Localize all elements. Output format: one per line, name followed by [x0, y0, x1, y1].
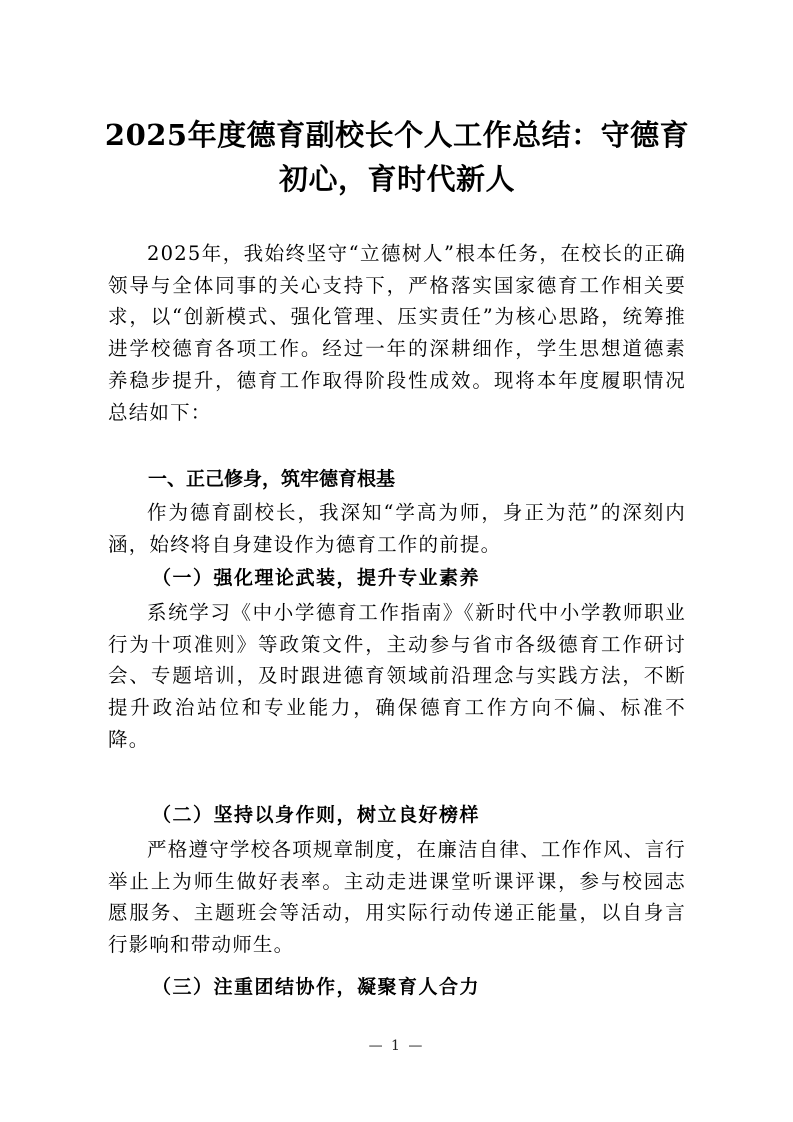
section-heading-1: 一、正己修身，筑牢德育根基: [148, 464, 395, 494]
subsection-heading-1: （一）强化理论武装，提升专业素养: [152, 563, 480, 593]
subsection-2-body: 严格遵守学校各项规章制度，在廉洁自律、工作作风、言行举止上为师生做好表率。主动走…: [108, 834, 686, 961]
subsection-1-body: 系统学习《中小学德育工作指南》《新时代中小学教师职业行为十项准则》等政策文件，主…: [108, 597, 686, 756]
subsection-heading-3: （三）注重团结协作，凝聚育人合力: [152, 972, 480, 1002]
page-number: — 1 —: [0, 1038, 793, 1054]
document-title: 2025年度德育副校长个人工作总结：守德育初心，育时代新人: [100, 113, 694, 201]
document-page: 2025年度德育副校长个人工作总结：守德育初心，育时代新人 2025年，我始终坚…: [0, 0, 793, 1122]
subsection-heading-2: （二）坚持以身作则，树立良好榜样: [152, 800, 480, 830]
section-1-lead-paragraph: 作为德育副校长，我深知“学高为师，身正为范”的深刻内涵，始终将自身建设作为德育工…: [108, 497, 686, 560]
intro-paragraph: 2025年，我始终坚守“立德树人”根本任务，在校长的正确领导与全体同事的关心支持…: [108, 238, 686, 428]
